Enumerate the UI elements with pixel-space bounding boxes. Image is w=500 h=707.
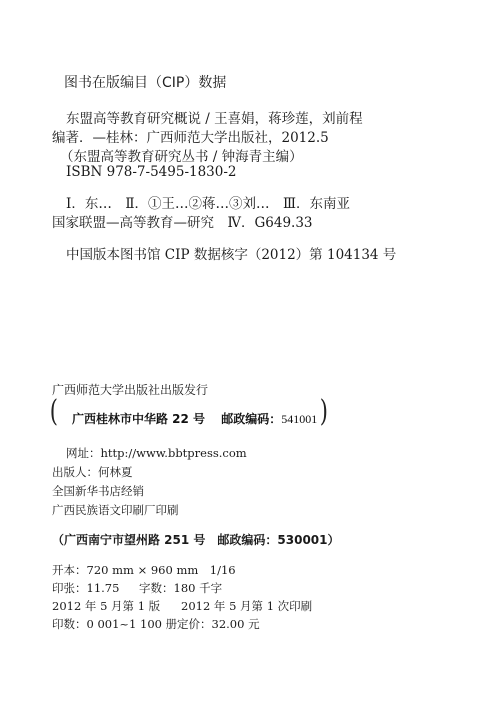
website: 网址：http://www.bbtpress.com [66,445,247,461]
cip-record-number: 中国版本图书馆 CIP 数据核字（2012）第 104134 号 [66,243,396,263]
sheets: 印张：11.75 [52,580,119,596]
cip-line-3: （东盟高等教育研究丛书 / 钟海青主编） [60,145,303,165]
address: 广西桂林市中华路 22 号 [72,412,205,426]
right-paren: ) [320,394,328,429]
issuer: 广西师范大学出版社出版发行 [52,381,208,398]
edition: 2012 年 5 月第 1 版 [52,598,160,614]
cip-line-1: 东盟高等教育研究概说 / 王喜娟，蒋珍莲，刘前程 [66,107,363,127]
publisher-person: 出版人：何林夏 [52,464,133,480]
publisher-address-box: ( 广西桂林市中华路 22 号 邮政编码：541001 ) [52,399,332,435]
cip-line-2: 编著．—桂林：广西师范大学出版社，2012.5 [52,126,329,146]
publisher-address: 广西桂林市中华路 22 号 邮政编码：541001 [72,410,317,427]
distributor: 全国新华书店经销 [52,483,144,499]
isbn: ISBN 978-7-5495-1830-2 [66,164,237,180]
classification-line-2: 国家联盟—高等教育—研究 Ⅳ．G649.33 [52,211,313,231]
word-count: 字数：180 千字 [139,580,222,596]
print-run: 印数：0 001~1 100 册 [52,616,177,632]
printing: 2012 年 5 月第 1 次印刷 [181,598,312,614]
printer: 广西民族语文印刷厂印刷 [52,502,179,518]
classification-line-1: Ⅰ．东… Ⅱ．①王…②蒋…③刘… Ⅲ．东南亚 [66,192,350,212]
price: 定价：32.00 元 [177,616,260,632]
postcode-label: 邮政编码： [221,412,281,426]
cip-title: 图书在版编目（CIP）数据 [64,72,226,92]
format: 开本：720 mm × 960 mm 1/16 [52,562,236,578]
left-paren: ( [50,394,58,429]
postcode: 541001 [281,412,317,426]
printer-address: （广西南宁市望州路 251 号 邮政编码：530001） [52,531,340,548]
